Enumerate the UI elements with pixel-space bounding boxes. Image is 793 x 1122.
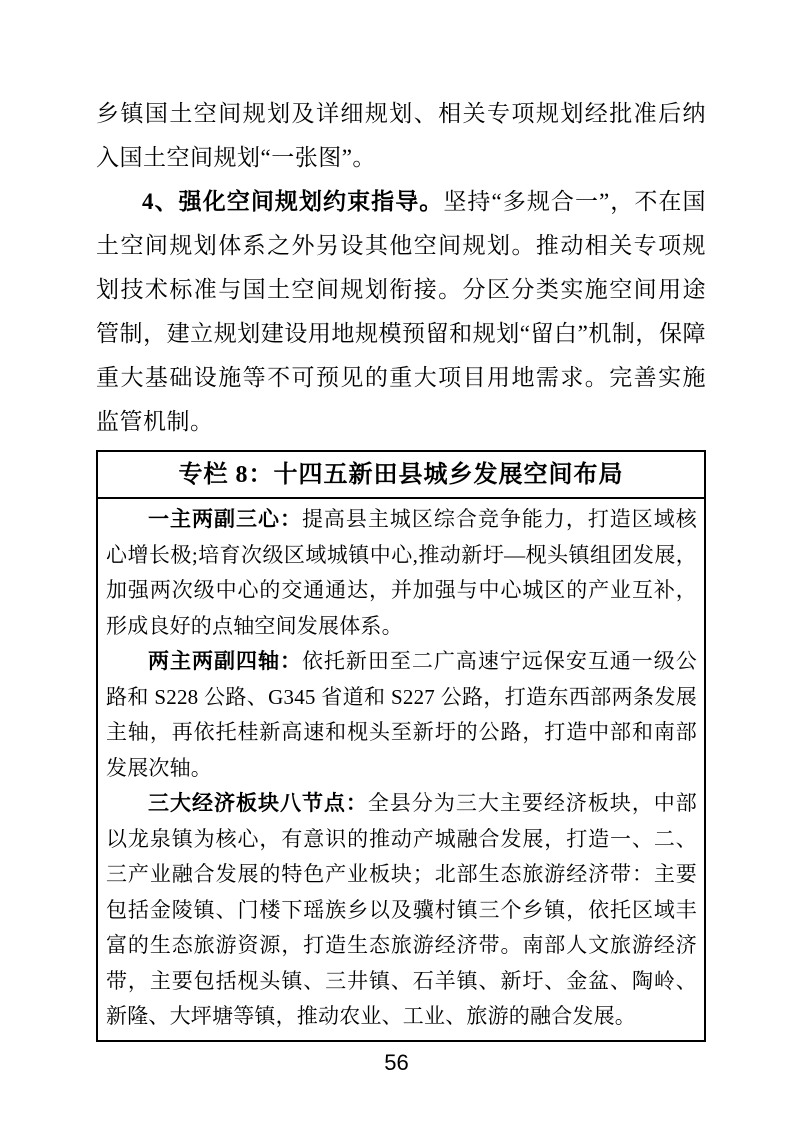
- panel-paragraph-2: 两主两副四轴：依托新田至二广高速宁远保安互通一级公路和 S228 公路、G345…: [106, 644, 697, 786]
- panel-paragraph-2-lead: 两主两副四轴：: [148, 649, 302, 673]
- panel-paragraph-3-text: 全县分为三大主要经济板块，中部以龙泉镇为核心，有意识的推动产城融合发展，打造一、…: [106, 791, 697, 1028]
- panel-title: 专栏 8：十四五新田县城乡发展空间布局: [98, 452, 704, 499]
- feature-panel: 专栏 8：十四五新田县城乡发展空间布局 一主两副三心：提高县主城区综合竞争能力，…: [96, 450, 706, 1042]
- panel-paragraph-3-lead: 三大经济板块八节点：: [148, 791, 368, 815]
- panel-paragraph-1: 一主两副三心：提高县主城区综合竞争能力，打造区域核心增长极;培育次级区域城镇中心…: [106, 502, 697, 644]
- section-heading-label: 4、强化空间规划约束指导。: [142, 189, 443, 214]
- continuation-paragraph: 乡镇国土空间规划及详细规划、相关专项规划经批准后纳入国土空间规划“一张图”。: [96, 92, 706, 180]
- page-number: 56: [0, 1050, 793, 1076]
- panel-paragraph-3: 三大经济板块八节点：全县分为三大主要经济板块，中部以龙泉镇为核心，有意识的推动产…: [106, 786, 697, 1035]
- document-page: 乡镇国土空间规划及详细规划、相关专项规划经批准后纳入国土空间规划“一张图”。 4…: [0, 0, 793, 1122]
- section-heading-body-text: 坚持“多规合一”，不在国土空间规划体系之外另设其他空间规划。推动相关专项规划技术…: [96, 189, 706, 434]
- panel-paragraph-1-lead: 一主两副三心：: [148, 507, 302, 531]
- section-heading-paragraph: 4、强化空间规划约束指导。坚持“多规合一”，不在国土空间规划体系之外另设其他空间…: [96, 180, 706, 444]
- page-content: 乡镇国土空间规划及详细规划、相关专项规划经批准后纳入国土空间规划“一张图”。 4…: [96, 92, 706, 1042]
- panel-body: 一主两副三心：提高县主城区综合竞争能力，打造区域核心增长极;培育次级区域城镇中心…: [98, 499, 704, 1040]
- continuation-paragraph-text: 乡镇国土空间规划及详细规划、相关专项规划经批准后纳入国土空间规划“一张图”。: [96, 101, 706, 170]
